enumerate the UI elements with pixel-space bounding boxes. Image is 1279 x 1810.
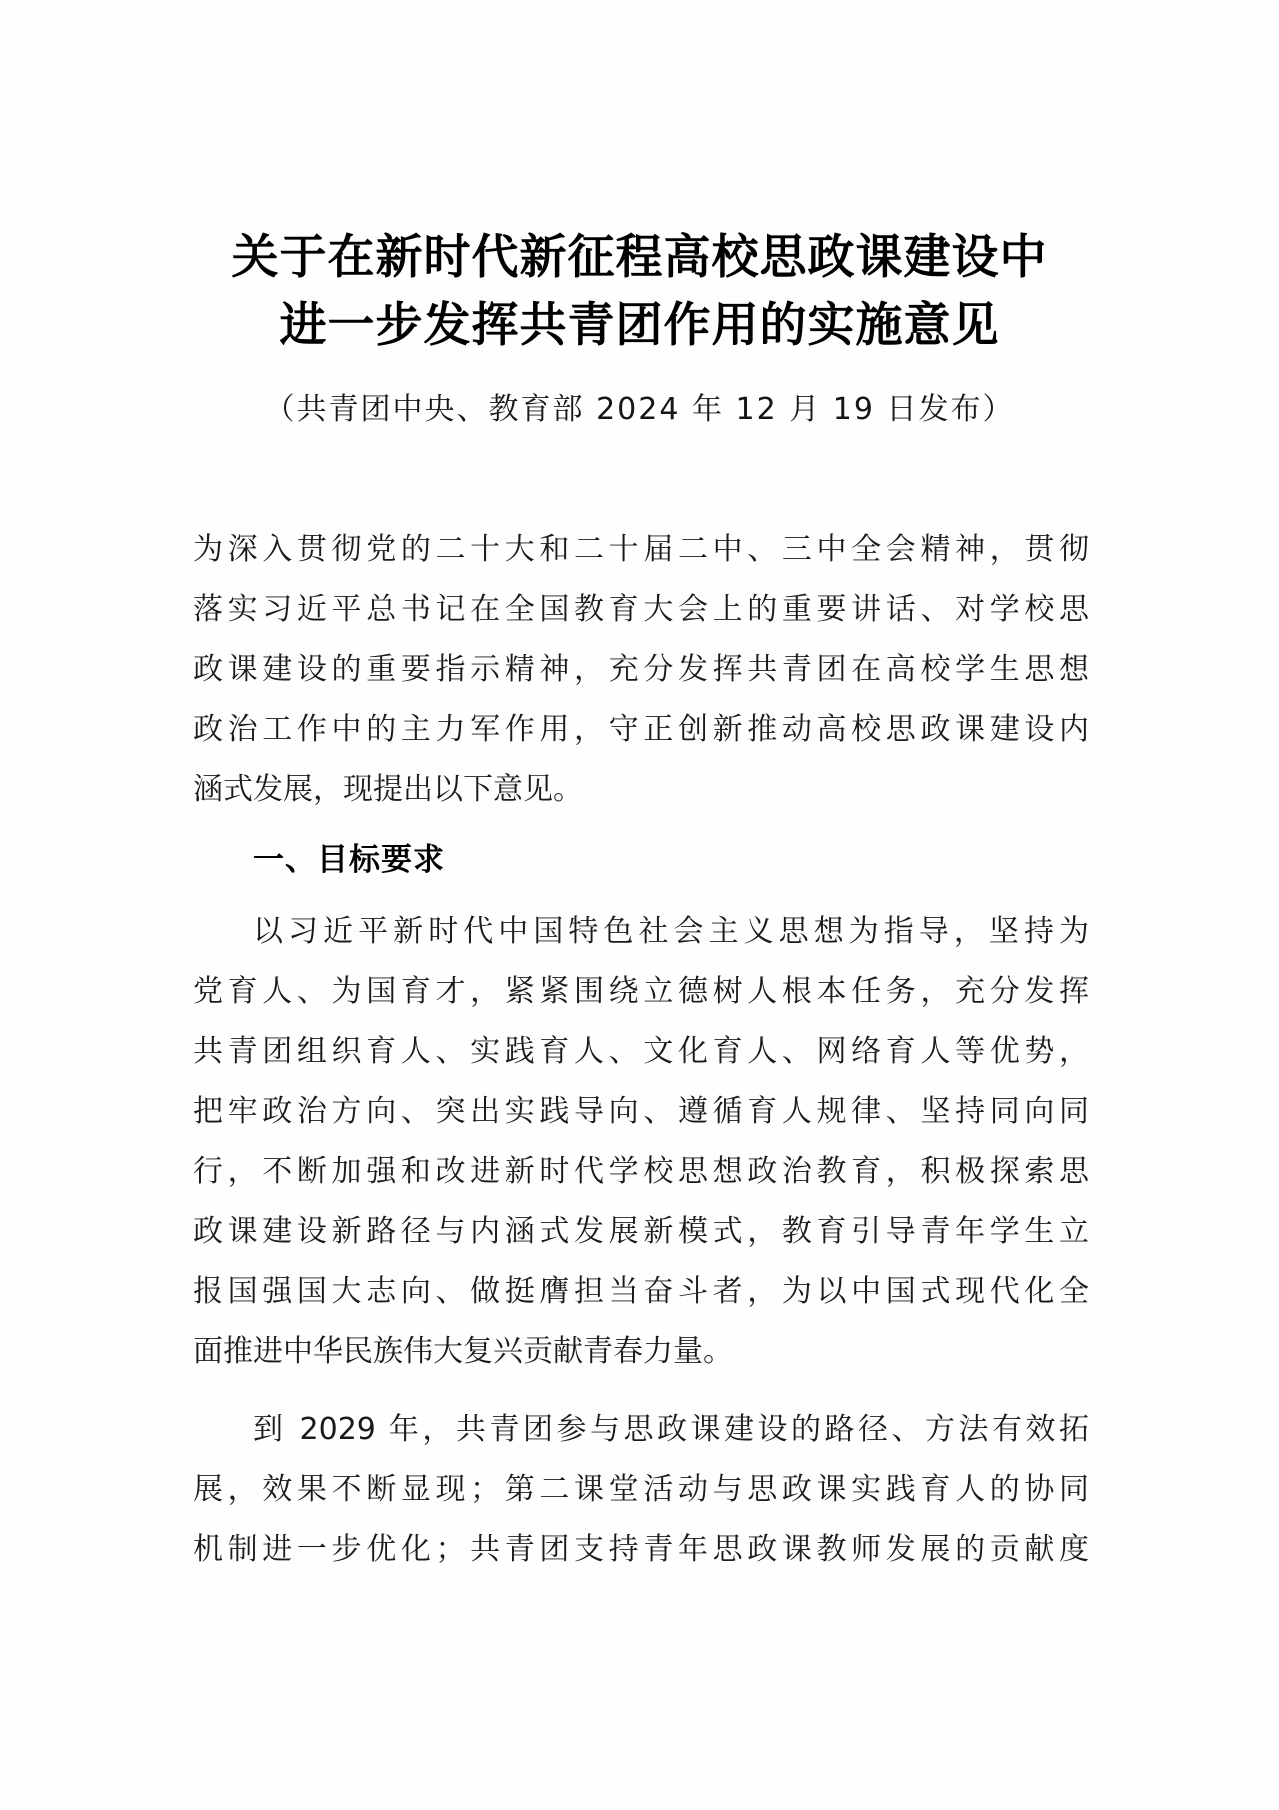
section-heading: 一、目标要求 [253,838,445,882]
preamble-line: 政课建设的重要指示精神，充分发挥共青团在高校学生思想 [193,648,1089,692]
document-title-line-2: 进一步发挥共青团作用的实施意见 [0,296,1279,356]
document-page: 关于在新时代新征程高校思政课建设中 进一步发挥共青团作用的实施意见 （共青团中央… [0,0,1279,1810]
paragraph-line: 以习近平新时代中国特色社会主义思想为指导，坚持为 [253,910,1089,954]
paragraph-line: 党育人、为国育才，紧紧围绕立德树人根本任务，充分发挥 [193,970,1089,1014]
paragraph-line: 共青团组织育人、实践育人、文化育人、网络育人等优势， [193,1030,1089,1074]
preamble-line: 涵式发展，现提出以下意见。 [193,768,1089,812]
preamble-line: 落实习近平总书记在全国教育大会上的重要讲话、对学校思 [193,588,1089,632]
document-title-line-1: 关于在新时代新征程高校思政课建设中 [0,228,1279,288]
paragraph-line: 政课建设新路径与内涵式发展新模式，教育引导青年学生立 [193,1210,1089,1254]
document-subtitle: （共青团中央、教育部 2024 年 12 月 19 日发布） [0,388,1279,432]
preamble-line: 为深入贯彻党的二十大和二十届二中、三中全会精神，贯彻 [193,528,1089,572]
paragraph-line: 把牢政治方向、突出实践导向、遵循育人规律、坚持同向同 [193,1090,1089,1134]
paragraph-line: 行，不断加强和改进新时代学校思想政治教育，积极探索思 [193,1150,1089,1194]
paragraph-line: 机制进一步优化；共青团支持青年思政课教师发展的贡献度 [193,1528,1089,1572]
preamble-line: 政治工作中的主力军作用，守正创新推动高校思政课建设内 [193,708,1089,752]
paragraph-line: 面推进中华民族伟大复兴贡献青春力量。 [193,1330,1089,1374]
paragraph-line: 展，效果不断显现；第二课堂活动与思政课实践育人的协同 [193,1468,1089,1512]
paragraph-line: 到 2029 年，共青团参与思政课建设的路径、方法有效拓 [253,1408,1089,1452]
paragraph-line: 报国强国大志向、做挺膺担当奋斗者，为以中国式现代化全 [193,1270,1089,1314]
